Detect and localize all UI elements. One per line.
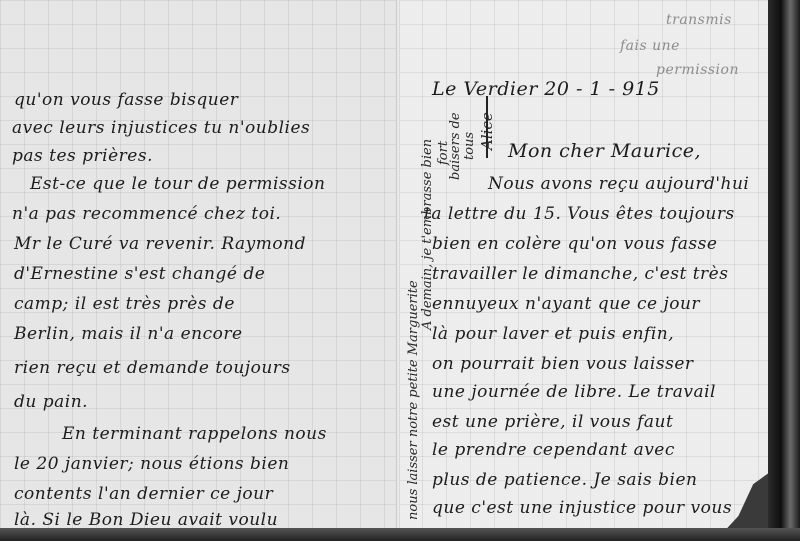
left-line: du pain.	[14, 392, 88, 412]
letter-left-page: qu'on vous fasse bisquer avec leurs inju…	[0, 0, 398, 532]
margin-note: A demain, je t'embrasse bien	[420, 139, 435, 330]
right-line: le prendre cependant avec	[432, 440, 675, 460]
pencil-note: fais une	[620, 38, 680, 54]
right-line: ennuyeux n'ayant que ce jour	[432, 294, 700, 314]
letter-header-date: Le Verdier 20 - 1 - 915	[432, 78, 660, 100]
left-line: En terminant rappelons nous	[62, 424, 327, 444]
background-edge	[0, 528, 800, 541]
left-line: n'a pas recommencé chez toi.	[12, 204, 281, 224]
right-line: est une prière, il vous faut	[432, 412, 673, 432]
pencil-note: permission	[656, 62, 739, 78]
margin-note: nous laisser notre petite Marguerite	[406, 280, 421, 520]
margin-note: baisers de	[448, 112, 463, 180]
left-line: le 20 janvier; nous étions bien	[14, 454, 289, 474]
left-line: qu'on vous fasse bisquer	[14, 90, 238, 110]
page-fold	[396, 0, 400, 532]
left-line: rien reçu et demande toujours	[14, 358, 291, 378]
left-line: avec leurs injustices tu n'oublies	[12, 118, 310, 138]
right-line: on pourrait bien vous laisser	[432, 354, 694, 374]
right-line: là pour laver et puis enfin,	[432, 324, 674, 344]
right-line: bien en colère qu'on vous fasse	[432, 234, 717, 254]
background-edge	[768, 0, 800, 541]
right-line: ta lettre du 15. Vous êtes toujours	[424, 204, 735, 224]
pencil-note: transmis	[666, 12, 732, 28]
letter-salutation: Mon cher Maurice,	[508, 140, 701, 162]
left-line: Est-ce que le tour de permission	[30, 174, 325, 194]
right-line: plus de patience. Je sais bien	[432, 470, 697, 490]
letter-right-page: transmis fais une permission Le Verdier …	[398, 0, 768, 532]
left-line: Berlin, mais il n'a encore	[14, 324, 243, 344]
margin-note: tous	[462, 132, 477, 160]
right-line: travailler le dimanche, c'est très	[432, 264, 728, 284]
left-line: Mr le Curé va revenir. Raymond	[14, 234, 306, 254]
signature-underline	[486, 96, 488, 158]
right-line: Nous avons reçu aujourd'hui	[488, 174, 749, 194]
right-line: une journée de libre. Le travail	[432, 382, 716, 402]
left-line: contents l'an dernier ce jour	[14, 484, 273, 504]
left-line: pas tes prières.	[12, 146, 153, 166]
left-line: camp; il est très près de	[14, 294, 235, 314]
left-line: là. Si le Bon Dieu avait voulu	[14, 510, 278, 530]
right-line: que c'est une injustice pour vous	[432, 498, 732, 518]
left-line: d'Ernestine s'est changé de	[14, 264, 265, 284]
